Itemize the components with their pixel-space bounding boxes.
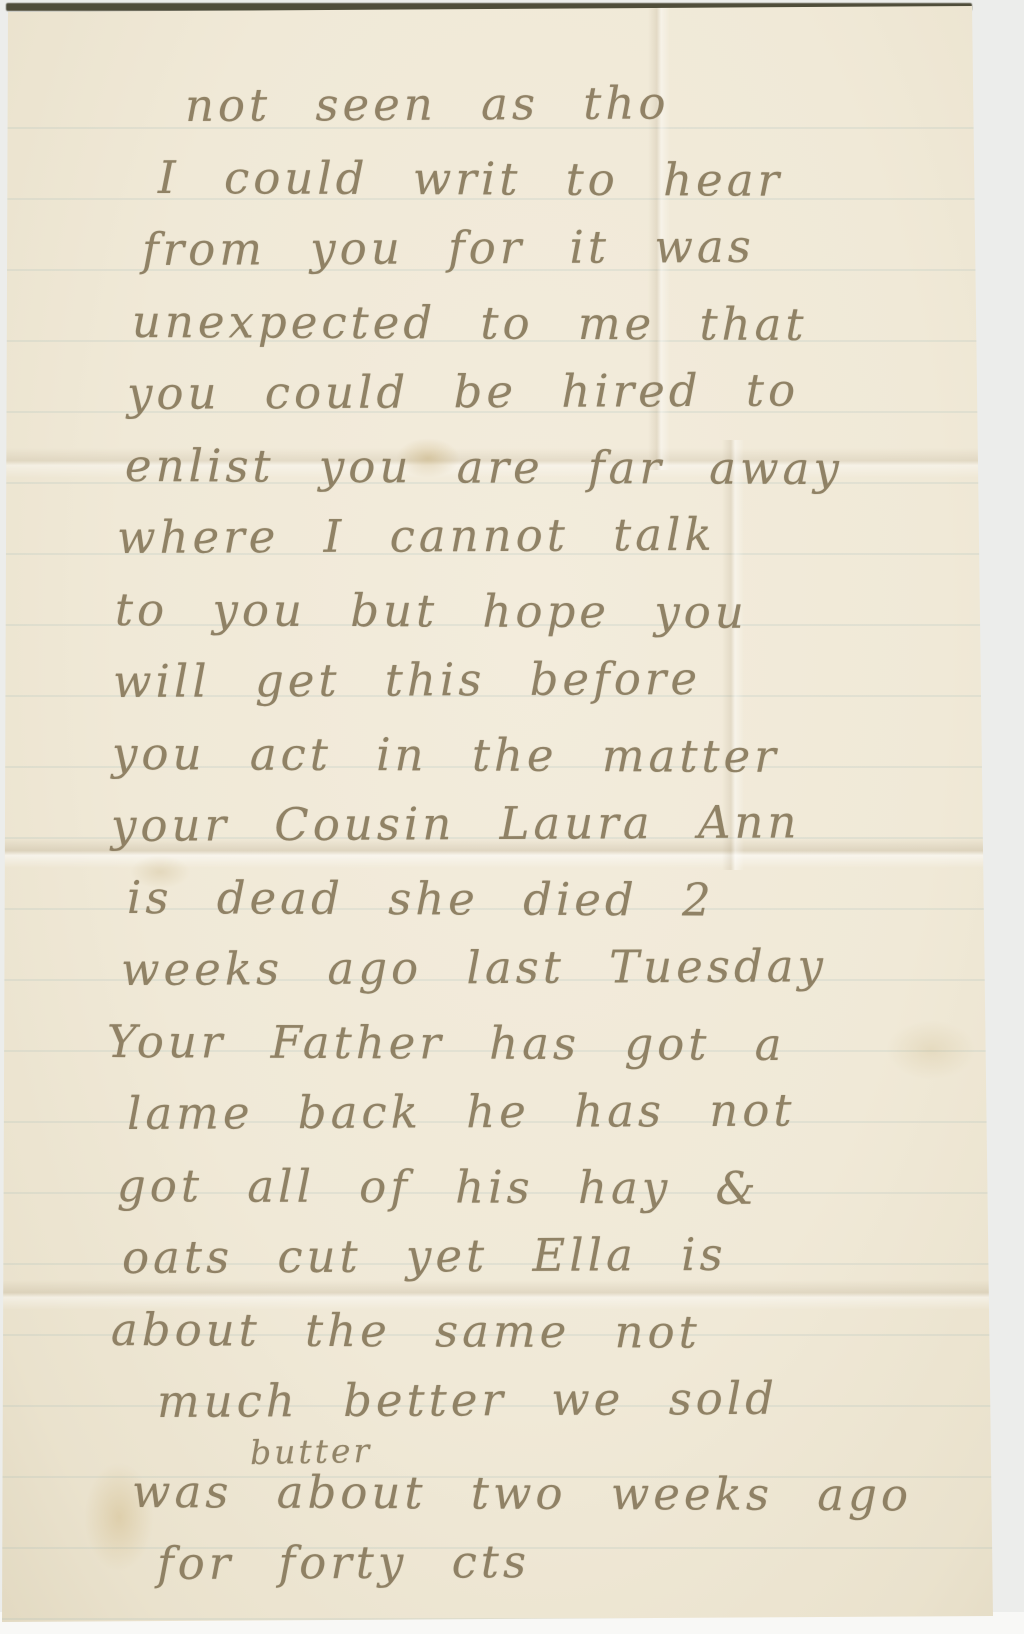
handwriting-line: unexpected to me that [132,286,1024,362]
handwriting-line: from you for it was [142,209,1024,286]
handwriting-line: will get this before [113,641,1024,718]
handwriting-line: I could writ to hear [158,142,1024,218]
handwriting-line: enlist you are far away [125,430,1024,506]
scan-background: ​ ​ not seen as thoI could writ to hearf… [0,0,1024,1634]
handwriting-line: oats cut yet Ella is [122,1217,1024,1294]
handwriting-line: for forty cts [157,1523,1024,1600]
handwriting-line: to you but hope you [115,574,1024,650]
handwriting-line: about the same not [111,1294,1024,1370]
handwriting-line: got all of his hay & [117,1150,1024,1226]
handwriting-line: much better we sold [157,1361,1024,1438]
handwriting-line: lame back he has not [127,1073,1024,1150]
handwriting-line: Your Father has got a [107,1006,1024,1082]
handwriting-line: you could be hired to [127,353,1024,430]
handwriting-line: weeks ago last Tuesday [121,929,1024,1006]
letter-page: ​ ​ not seen as thoI could writ to hearf… [0,0,1024,1634]
handwriting-line: your Cousin Laura Ann [111,785,1024,862]
handwriting-text: not seen as thoI could writ to hearfrom … [0,70,1024,1600]
handwriting-line: is dead she died 2 [127,862,1024,938]
handwriting-line: where I cannot talk [117,497,1024,574]
handwriting-line: you act in the matter [112,718,1024,794]
handwriting-line: not seen as tho [185,66,1024,142]
inserted-word: butter [250,1431,373,1472]
